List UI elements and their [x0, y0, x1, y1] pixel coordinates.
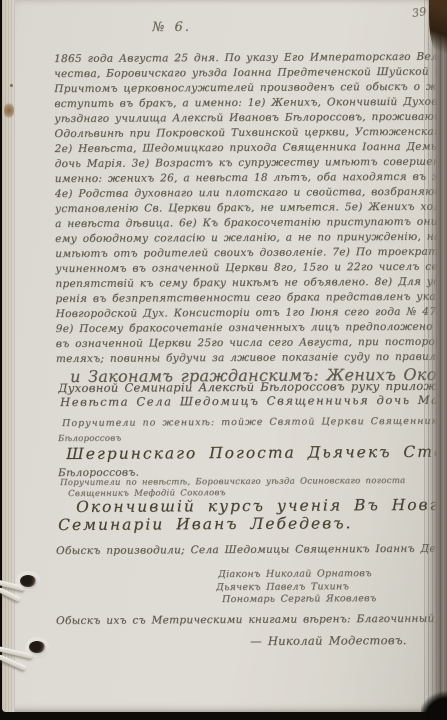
officiants-intro: Обыскъ производили; Села Шедомицы Священ… [56, 543, 436, 557]
dean-signature: — Николай Модестовъ. [250, 633, 407, 648]
paper-stain [4, 102, 14, 119]
entry-number: № 6. [152, 20, 191, 35]
body-text: 1865 года Августа 25 дня. По указу Его И… [54, 50, 438, 367]
bride-signature-line: Невѣста Села Шедомицъ Священничья дочь М… [60, 393, 436, 409]
attestation-line: Обыскъ ихъ съ Метрическими книгами вѣрен… [56, 613, 436, 627]
officiant-signature: Діаконъ Николай Орнатовъ [218, 568, 372, 580]
groom-surety-intro-cont: Бѣлороссовъ [58, 434, 121, 444]
groom-surety-intro: Поручители по женихѣ: тойже Святой Церкв… [62, 416, 436, 429]
paper-speck [10, 84, 13, 87]
page-number: 39 [411, 5, 427, 20]
bride-surety-signature: Окончившій курсъ ученія Въ Новгородской … [76, 496, 436, 516]
binding-hole-bottom [29, 641, 45, 653]
officiant-signature: Дьячекъ Павелъ Тихинъ [216, 581, 349, 593]
bride-surety-signature-cont: Семинаріи Иванъ Лебедевъ. [58, 514, 436, 534]
manuscript-scan: 39 № 6. 1865 года Августа 25 дня. По ука… [0, 0, 447, 720]
binding-hole-top [20, 575, 36, 587]
officiant-signature: Пономарь Сергѣй Яковлевъ [222, 593, 376, 605]
groom-surety-signature: Шегринскаго Погоста Дьячекъ Стефанъ [66, 443, 436, 463]
